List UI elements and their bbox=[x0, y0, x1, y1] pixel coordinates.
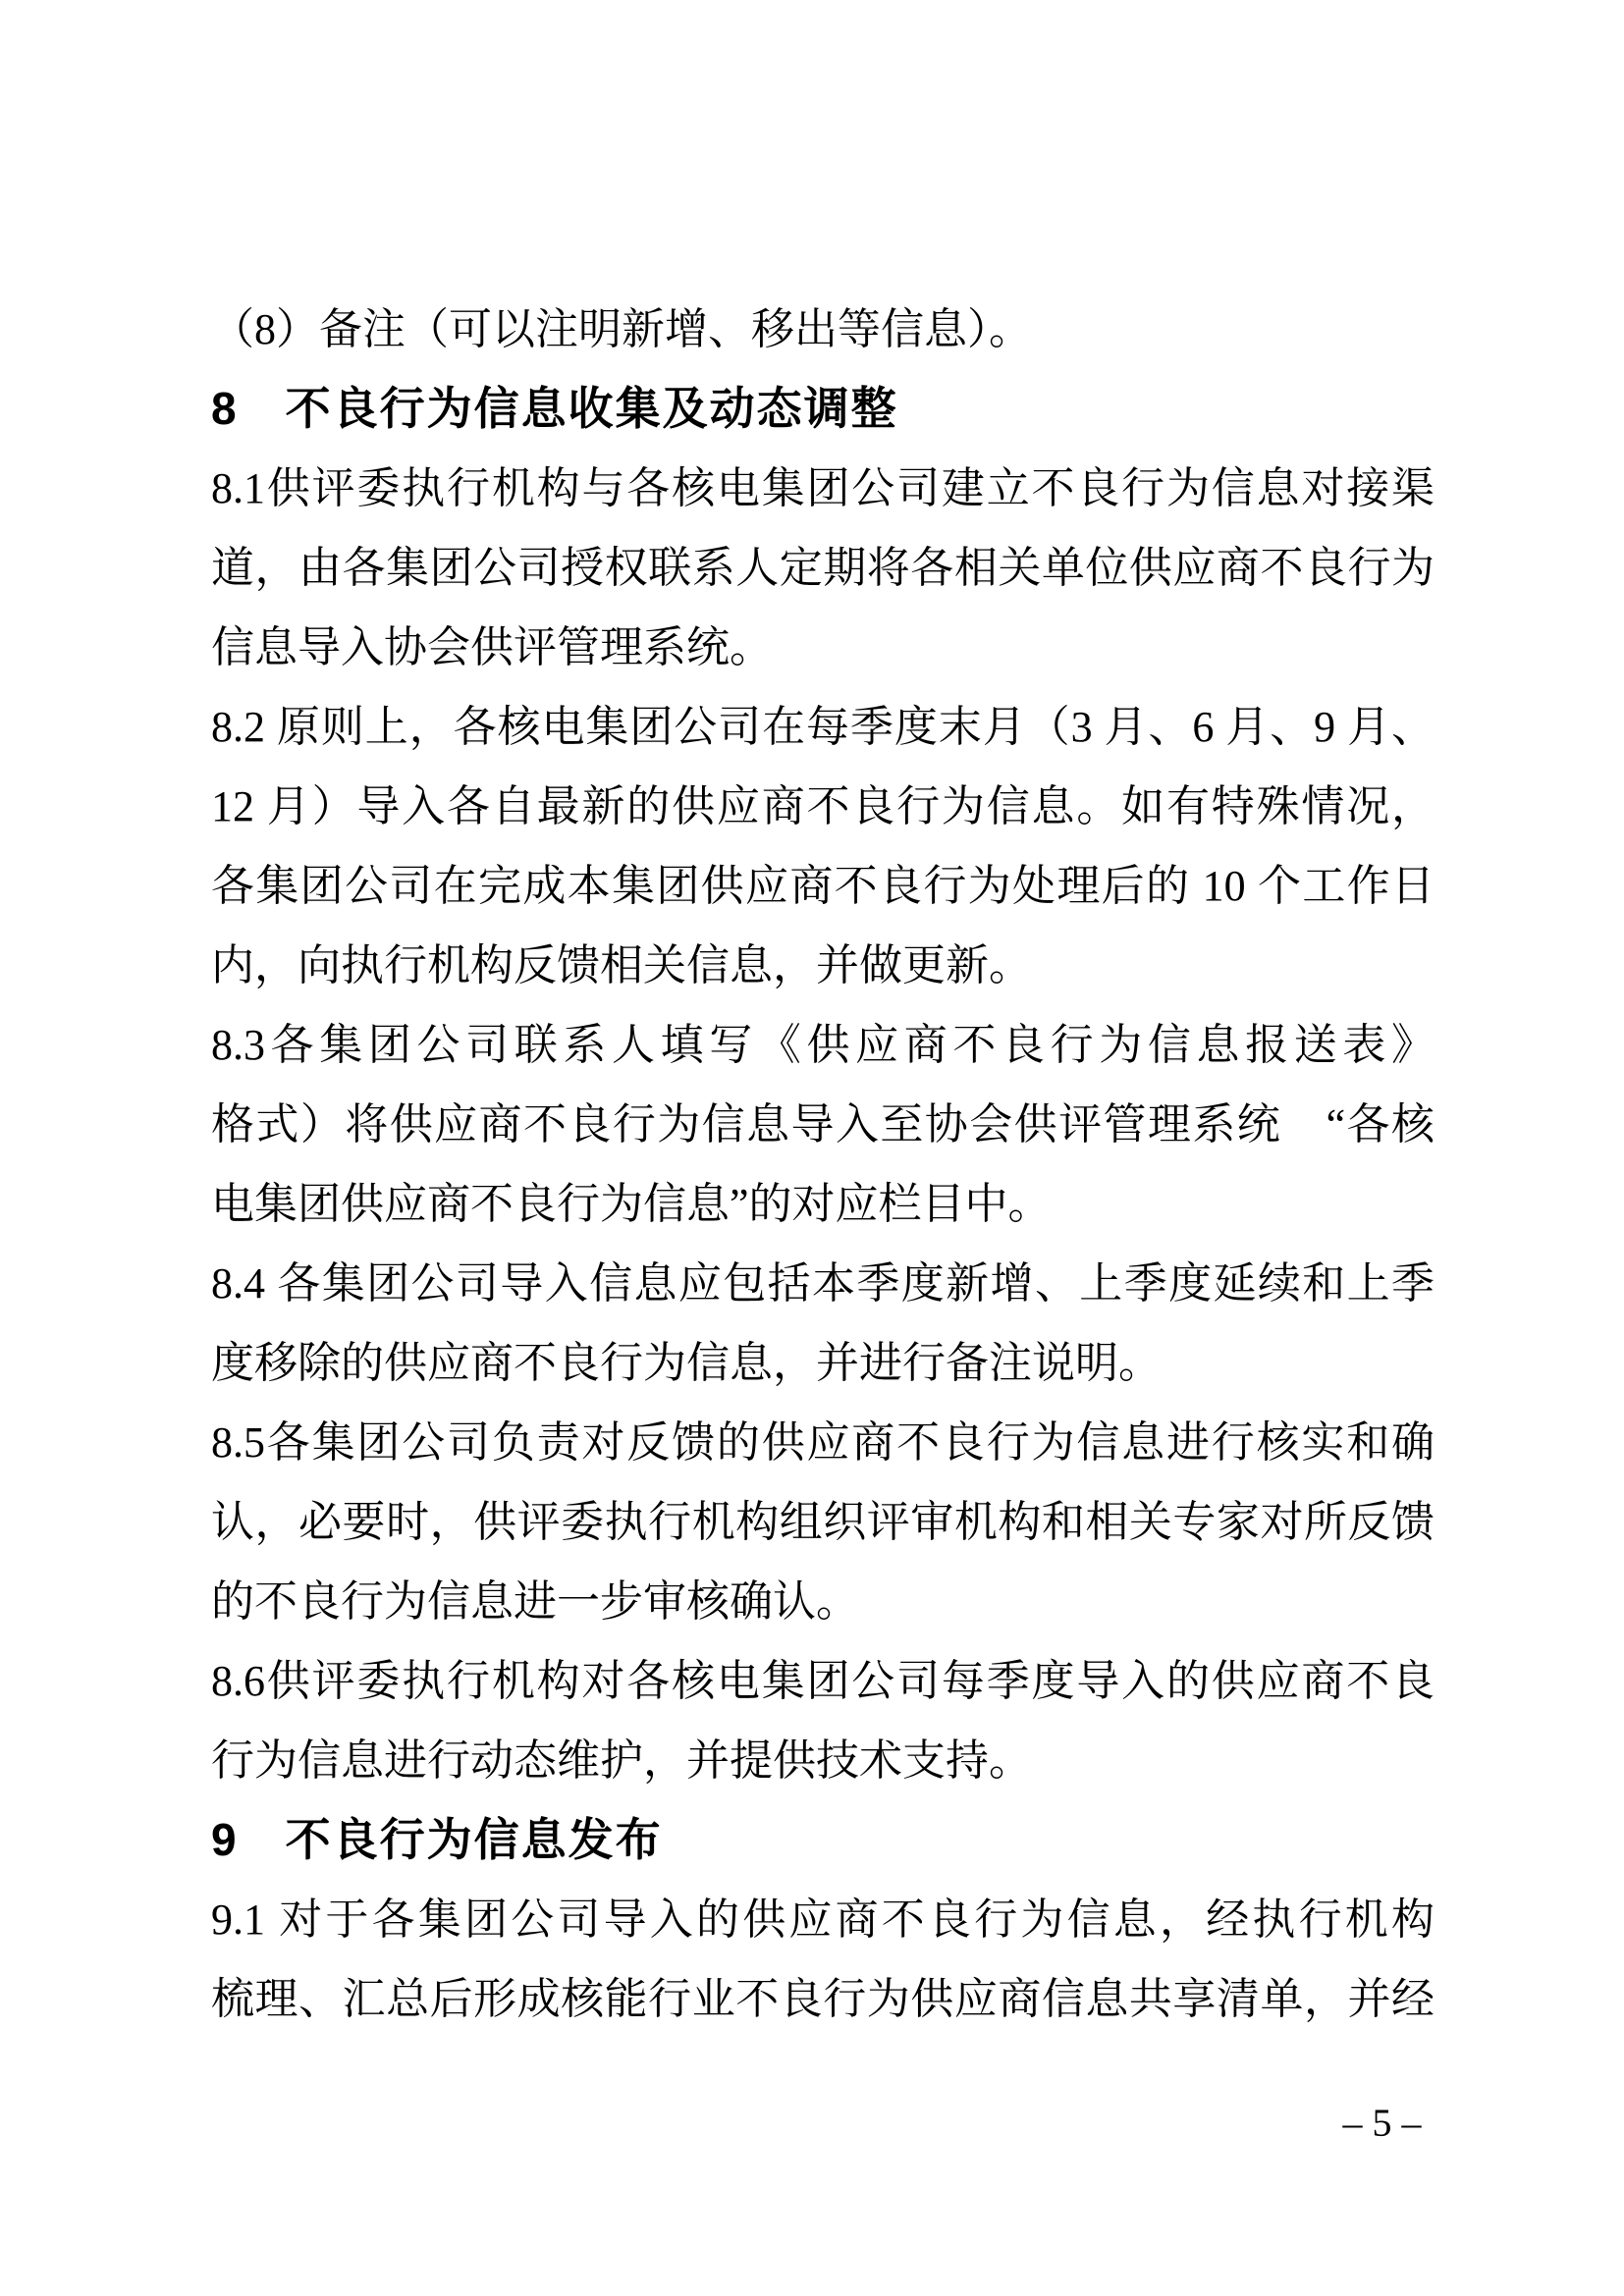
para-8-3-line-1: 8.3各集团公司联系人填写《供应商不良行为信息报送表》(EXCEL bbox=[211, 1005, 1435, 1085]
para-8-6-line-2: 行为信息进行动态维护，并提供技术支持。 bbox=[211, 1721, 1435, 1800]
para-9-1-line-2: 梳理、汇总后形成核能行业不良行为供应商信息共享清单，并经 bbox=[211, 1959, 1435, 2039]
para-8-1-line-1: 8.1供评委执行机构与各核电集团公司建立不良行为信息对接渠 bbox=[211, 449, 1435, 528]
document-page: （8）备注（可以注明新增、移出等信息）。 8 不良行为信息收集及动态调整 8.1… bbox=[0, 0, 1624, 2296]
list-item-8-remark: （8）备注（可以注明新增、移出等信息）。 bbox=[211, 290, 1435, 369]
para-8-4-line-1: 8.4 各集团公司导入信息应包括本季度新增、上季度延续和上季 bbox=[211, 1244, 1435, 1323]
para-8-5-line-3: 的不良行为信息进一步审核确认。 bbox=[211, 1562, 1435, 1641]
document-body: （8）备注（可以注明新增、移出等信息）。 8 不良行为信息收集及动态调整 8.1… bbox=[211, 290, 1435, 2039]
heading-section-8: 8 不良行为信息收集及动态调整 bbox=[211, 369, 1435, 449]
para-8-2-line-4: 内，向执行机构反馈相关信息，并做更新。 bbox=[211, 926, 1435, 1005]
para-8-5-line-2: 认，必要时，供评委执行机构组织评审机构和相关专家对所反馈 bbox=[211, 1482, 1435, 1562]
para-8-4-line-2: 度移除的供应商不良行为信息，并进行备注说明。 bbox=[211, 1323, 1435, 1403]
para-8-3-line-3: 电集团供应商不良行为信息”的对应栏目中。 bbox=[211, 1164, 1435, 1244]
para-8-2-line-1: 8.2 原则上，各核电集团公司在每季度末月（3 月、6 月、9 月、 bbox=[211, 687, 1435, 767]
para-8-3-line-2: 格式）将供应商不良行为信息导入至协会供评管理系统 “各核 bbox=[211, 1085, 1435, 1164]
para-9-1-line-1: 9.1 对于各集团公司导入的供应商不良行为信息，经执行机构 bbox=[211, 1880, 1435, 1959]
para-8-1-line-2: 道，由各集团公司授权联系人定期将各相关单位供应商不良行为 bbox=[211, 528, 1435, 608]
para-8-2-line-3: 各集团公司在完成本集团供应商不良行为处理后的 10 个工作日 bbox=[211, 846, 1435, 926]
para-8-1-line-3: 信息导入协会供评管理系统。 bbox=[211, 608, 1435, 687]
para-8-6-line-1: 8.6供评委执行机构对各核电集团公司每季度导入的供应商不良 bbox=[211, 1641, 1435, 1721]
para-8-2-line-2: 12 月）导入各自最新的供应商不良行为信息。如有特殊情况， bbox=[211, 767, 1435, 846]
page-number: – 5 – bbox=[1326, 2101, 1438, 2146]
heading-section-9: 9 不良行为信息发布 bbox=[211, 1800, 1435, 1880]
para-8-5-line-1: 8.5各集团公司负责对反馈的供应商不良行为信息进行核实和确 bbox=[211, 1403, 1435, 1482]
